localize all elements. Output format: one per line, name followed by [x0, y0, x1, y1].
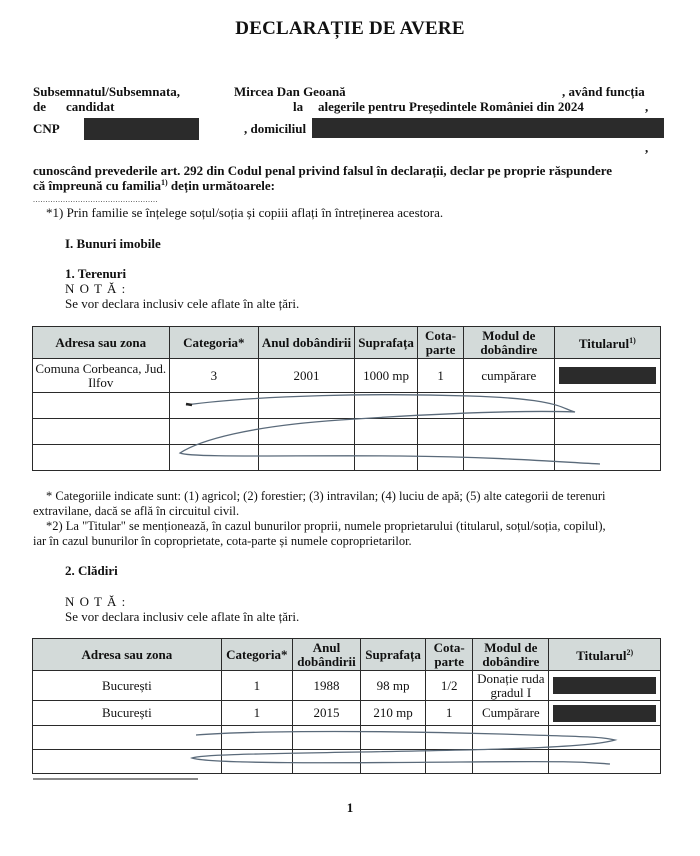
table-row	[33, 726, 661, 750]
table-row	[33, 445, 661, 471]
document-title: DECLARAȚIE DE AVERE	[0, 18, 700, 40]
header-category: Categoria*	[169, 327, 259, 359]
category-value: 1	[254, 678, 261, 693]
cell-year: 2001	[259, 359, 355, 393]
holder-redacted	[553, 677, 656, 694]
cell-year	[259, 393, 355, 419]
table-row	[33, 750, 661, 774]
domicile-label: , domiciliul	[244, 121, 306, 137]
domicile-redacted	[312, 118, 664, 138]
table-row	[33, 393, 661, 419]
cell-address	[33, 750, 222, 774]
cell-holder	[549, 701, 661, 726]
footnote-ref: 2)	[627, 648, 634, 657]
subsection-heading-land: 1. Terenuri	[65, 266, 126, 282]
table-row: București1198898 mp1/2Donație ruda gradu…	[33, 671, 661, 701]
header-holder: Titularul2)	[549, 639, 661, 671]
header-holder-text: Titularul	[579, 336, 629, 351]
mode-value: Cumpărare	[482, 705, 540, 720]
cell-category	[169, 445, 259, 471]
share-value: 1	[446, 705, 453, 720]
address-value: București	[102, 678, 152, 693]
share-value: 1/2	[441, 678, 458, 693]
titular-note-line-2: iar în cazul bunurilor în coproprietate,…	[33, 534, 412, 549]
area-value: 98 mp	[377, 678, 410, 693]
comma-2: ,	[645, 140, 648, 156]
cell-year	[292, 726, 360, 750]
statement-text: că împreună cu familia	[33, 178, 161, 193]
header-holder-text: Titularul	[576, 648, 626, 663]
category-value: 3	[211, 368, 218, 383]
cnp-label: CNP	[33, 121, 60, 137]
cell-holder	[549, 750, 661, 774]
footnote-ref-1: 1)	[161, 178, 168, 187]
cell-category	[169, 419, 259, 445]
table-row: Comuna Corbeanca, Jud. Ilfov320011000 mp…	[33, 359, 661, 393]
address-value: București	[102, 705, 152, 720]
statement-line-1: cunoscând prevederile art. 292 din Codul…	[33, 163, 612, 179]
cell-year: 1988	[292, 671, 360, 701]
cell-holder	[554, 419, 660, 445]
address-value: Comuna Corbeanca, Jud. Ilfov	[35, 361, 166, 390]
cell-mode	[464, 393, 555, 419]
categories-note-line-1: * Categoriile indicate sunt: (1) agricol…	[46, 489, 606, 504]
statement-text-end: dețin următoarele:	[168, 178, 275, 193]
year-value: 2015	[314, 705, 340, 720]
cell-mode	[473, 750, 549, 774]
header-year: Anul dobândirii	[259, 327, 355, 359]
footnote-separator	[33, 778, 198, 780]
holder-redacted	[559, 367, 656, 384]
land-table-header: Adresa sau zona Categoria* Anul dobândir…	[33, 327, 661, 359]
cell-address: Comuna Corbeanca, Jud. Ilfov	[33, 359, 170, 393]
cell-category	[221, 750, 292, 774]
header-category: Categoria*	[221, 639, 292, 671]
cell-area	[354, 445, 417, 471]
cell-share: 1	[418, 359, 464, 393]
declarant-name: Mircea Dan Geoană	[234, 84, 346, 100]
cell-address	[33, 393, 170, 419]
cell-year: 2015	[292, 701, 360, 726]
header-mode: Modul de dobândire	[473, 639, 549, 671]
cell-holder	[554, 445, 660, 471]
cell-area	[361, 726, 426, 750]
cell-area: 98 mp	[361, 671, 426, 701]
cell-area: 210 mp	[361, 701, 426, 726]
label-candidat: candidat	[66, 99, 114, 115]
header-share: Cota-parte	[426, 639, 473, 671]
cell-holder	[554, 359, 660, 393]
cell-holder	[549, 671, 661, 701]
dotted-separator: ........................................…	[33, 195, 158, 204]
buildings-table-header: Adresa sau zona Categoria* Anul dobândir…	[33, 639, 661, 671]
area-value: 210 mp	[373, 705, 412, 720]
cell-share	[418, 419, 464, 445]
cell-area	[361, 750, 426, 774]
section-heading-real-estate: I. Bunuri imobile	[65, 236, 161, 252]
cell-mode: Cumpărare	[473, 701, 549, 726]
cell-address: București	[33, 701, 222, 726]
holder-redacted	[553, 705, 656, 722]
cell-category: 1	[221, 701, 292, 726]
year-value: 1988	[314, 678, 340, 693]
note-text-buildings: Se vor declara inclusiv cele aflate în a…	[65, 609, 299, 625]
having-function-text: , având funcția	[562, 84, 645, 100]
label-la: la	[293, 99, 303, 115]
cell-share: 1/2	[426, 671, 473, 701]
cell-holder	[554, 393, 660, 419]
header-holder: Titularul1)	[554, 327, 660, 359]
header-mode: Modul de dobândire	[464, 327, 555, 359]
cell-address	[33, 726, 222, 750]
cnp-redacted	[84, 118, 199, 140]
titular-note-line-1: *2) La "Titular" se menționează, în cazu…	[46, 519, 606, 534]
election-name: alegerile pentru Președintele României d…	[318, 99, 584, 115]
cell-area	[354, 419, 417, 445]
cell-category: 1	[221, 671, 292, 701]
cell-share: 1	[426, 701, 473, 726]
cell-mode	[464, 445, 555, 471]
table-row: București12015210 mp1Cumpărare	[33, 701, 661, 726]
cell-holder	[549, 726, 661, 750]
year-value: 2001	[294, 368, 320, 383]
cell-area: 1000 mp	[354, 359, 417, 393]
cell-mode	[464, 419, 555, 445]
cell-year	[292, 750, 360, 774]
cell-share	[426, 750, 473, 774]
header-address: Adresa sau zona	[33, 639, 222, 671]
note-text-land: Se vor declara inclusiv cele aflate în a…	[65, 296, 299, 312]
signatory-label: Subsemnatul/Subsemnata,	[33, 84, 180, 100]
cell-year	[259, 445, 355, 471]
share-value: 1	[437, 368, 444, 383]
category-value: 1	[254, 705, 261, 720]
area-value: 1000 mp	[363, 368, 409, 383]
land-table: Adresa sau zona Categoria* Anul dobândir…	[32, 326, 661, 471]
page-number: 1	[0, 800, 700, 816]
footnote-ref: 1)	[629, 336, 636, 345]
comma: ,	[645, 99, 648, 115]
cell-share	[426, 726, 473, 750]
cell-address	[33, 445, 170, 471]
header-area: Suprafața	[354, 327, 417, 359]
header-address: Adresa sau zona	[33, 327, 170, 359]
header-share: Cota-parte	[418, 327, 464, 359]
mode-value: cumpărare	[481, 368, 536, 383]
cell-category	[221, 726, 292, 750]
statement-line-2: că împreună cu familia1) dețin următoare…	[33, 178, 275, 194]
cell-share	[418, 393, 464, 419]
cell-area	[354, 393, 417, 419]
cell-mode	[473, 726, 549, 750]
cell-category	[169, 393, 259, 419]
categories-note-line-2: extravilane, dacă se află în circuitul c…	[33, 504, 239, 519]
subsection-heading-buildings: 2. Clădiri	[65, 563, 118, 579]
note-label-land: N O T Ă :	[65, 281, 126, 297]
table-row	[33, 419, 661, 445]
mode-value: Donație ruda gradul I	[477, 671, 545, 700]
header-year: Anul dobândirii	[292, 639, 360, 671]
footnote-1: *1) Prin familie se înțelege soțul/soția…	[46, 205, 443, 221]
buildings-table: Adresa sau zona Categoria* Anul dobândir…	[32, 638, 661, 774]
note-label-buildings: N O T Ă :	[65, 594, 126, 610]
header-area: Suprafața	[361, 639, 426, 671]
cell-share	[418, 445, 464, 471]
label-de: de	[33, 99, 46, 115]
cell-address: București	[33, 671, 222, 701]
cell-year	[259, 419, 355, 445]
cell-address	[33, 419, 170, 445]
cell-mode: Donație ruda gradul I	[473, 671, 549, 701]
cell-category: 3	[169, 359, 259, 393]
cell-mode: cumpărare	[464, 359, 555, 393]
